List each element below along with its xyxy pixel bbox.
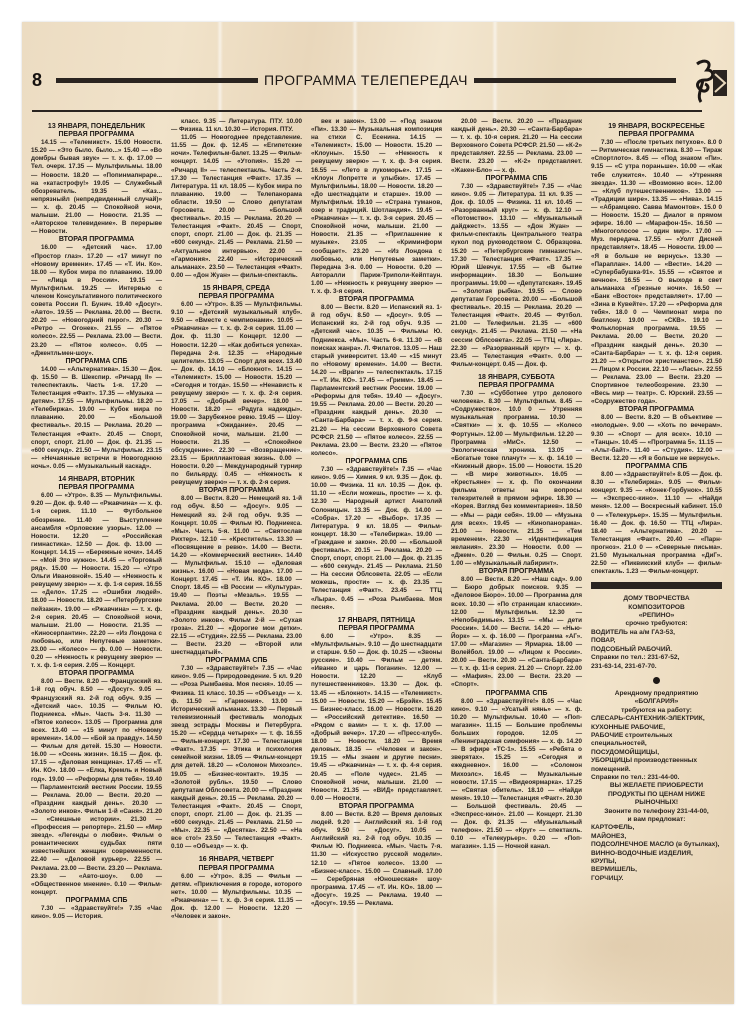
ad-line: «БОЛГАРИЯ» (591, 698, 722, 706)
schedule-text: 8.00 — Вести. 8.20 — Французский яз. 1-й… (31, 678, 162, 897)
ad-line: 231-63-14, 231-67-70. (591, 663, 722, 671)
advertisement-text: ВОДИТЕЛЬ на а/м ГАЗ-53,ПОВАР,ПОДСОБНЫЙ Р… (591, 629, 722, 671)
ad-line: Арендному предприятию (591, 690, 722, 698)
channel-heading: ПРОГРАММА СПБ (591, 463, 722, 471)
schedule-text: 7.30 — «Субботнее утро делового человека… (451, 390, 582, 568)
ad-line: срочно требуются: (591, 620, 722, 628)
ad-line: ПОДСОЛНЕЧНОЕ МАСЛО (в бутылках), (591, 841, 722, 849)
bullet-icon (653, 677, 660, 684)
paper-stain (442, 862, 734, 1002)
day-heading: 19 ЯНВАРЯ, ВОСКРЕСЕНЬЕ (591, 123, 722, 131)
ad-line: СЛЕСАРЬ-САНТЕХНИК-ЭЛЕКТРИК, (591, 715, 722, 723)
channel-heading: ПЕРВАЯ ПРОГРАММА (171, 865, 302, 873)
ad-line: требуются на работу: (591, 707, 722, 715)
schedule-text: класс. 9.35 — Литература. ПТУ. 10.00 — Ф… (171, 118, 302, 134)
schedule-text: 8.00 — Вести. 8.20 — «Наш сад». 9.00 — Б… (451, 576, 582, 689)
ad-divider (591, 582, 722, 589)
column-2: класс. 9.35 — Литература. ПТУ. 10.00 — Ф… (168, 118, 305, 998)
schedule-text: 8.00 — «Здравствуйте!» 8.05 — «Час кино»… (451, 698, 582, 852)
advertisement-text: СЛЕСАРЬ-САНТЕХНИК-ЭЛЕКТРИК,КУХОННЫЕ РАБО… (591, 715, 722, 782)
ad-line: ПОВАР, (591, 637, 722, 645)
schedule-text: 14.15 — «Телемикст». 15.00 Новости. 15.2… (31, 139, 162, 236)
advertisement-text: Арендному предприятию«БОЛГАРИЯ»требуются… (591, 690, 722, 715)
day-heading: 17 ЯНВАРЯ, ПЯТНИЦА (311, 617, 442, 625)
page-title: ПРОГРАММА ТЕЛЕПЕРЕДАЧ (264, 72, 468, 88)
column-1: 13 ЯНВАРЯ, ПОНЕДЕЛЬНИКПЕРВАЯ ПРОГРАММА14… (28, 118, 165, 998)
page-number: 8 (32, 70, 50, 91)
schedule-text: 6.00 — «Утро». 8.35 — «Мультфильмы». 9.1… (311, 633, 442, 803)
channel-heading: ПРОГРАММА СПБ (451, 690, 582, 698)
schedule-text: 11.05 — Новогоднее представление. 11.55 … (171, 134, 302, 280)
ad-line: Справки по тел.: 231-44-00. (591, 774, 722, 782)
channel-heading: ВТОРАЯ ПРОГРАММА (311, 803, 442, 811)
newspaper-logo-icon (687, 56, 729, 104)
schedule-text: 8.00 — Вести. 8.20 — Испанский яз. 1-й г… (311, 304, 442, 458)
day-heading: 16 ЯНВАРЯ, ЧЕТВЕРГ (171, 856, 302, 864)
advertisement-text: ВЫ ЖЕЛАЕТЕ ПРИОБРЕСТИПРОДУКТЫ ПО ЦЕНАМ Н… (591, 782, 722, 824)
ad-line: ПОДСОБНЫЙ РАБОЧИЙ. (591, 646, 722, 654)
ad-line: ДОМУ ТВОРЧЕСТВА (591, 595, 722, 603)
ad-line: МАЙОНЕЗ, (591, 833, 722, 841)
ad-line: КУХОННЫЕ РАБОЧИЕ, (591, 724, 722, 732)
ad-line: ПРОДУКТЫ ПО ЦЕНАМ НИЖЕ (591, 791, 722, 799)
day-heading: 14 ЯНВАРЯ, ВТОРНИК (31, 476, 162, 484)
ad-line: Звоните по телефону 231-44-00, (591, 808, 722, 816)
ad-line: ВИННО-ВОДОЧНЫЕ ИЗДЕЛИЯ, (591, 850, 722, 858)
schedule-text: 6.00 — «Утро». 8.35 — Мультфильмы. 9.20 … (31, 492, 162, 670)
schedule-text: 7.30 — «Здравствуйте!» 7.35 — «Час кино»… (451, 183, 582, 369)
schedule-text: 16.00 — «Детский час». 17.00 «Простор гл… (31, 244, 162, 357)
schedule-text: 8.00 — «Здравствуйте!» 8.05 — Док. ф. 8.… (591, 471, 722, 576)
channel-heading: ВТОРАЯ ПРОГРАММА (451, 568, 582, 576)
channel-heading: ПРОГРАММА СПБ (451, 175, 582, 183)
day-heading: 18 ЯНВАРЯ, СУББОТА (451, 374, 582, 382)
channel-heading: ПЕРВАЯ ПРОГРАММА (591, 131, 722, 139)
schedule-text: век и закон». 13.00 — «Под знаком «Пи». … (311, 118, 442, 296)
header-rule-left (56, 78, 258, 83)
newspaper-page: 8 ПРОГРАММА ТЕЛЕПЕРЕДАЧ 13 ЯНВАРЯ, ПОНЕД… (22, 22, 734, 1004)
channel-heading: ПЕРВАЯ ПРОГРАММА (171, 293, 302, 301)
ad-line: КОМПОЗИТОРОВ (591, 604, 722, 612)
schedule-text: 7.30 — «Здравствуйте!» 7.35 — «Час кино»… (171, 665, 302, 851)
schedule-text: 7.30 — «Здравствуйте!» 7.35 — «Час кино»… (311, 466, 442, 612)
advertisement-text: ДОМУ ТВОРЧЕСТВАКОМПОЗИТОРОВ«РЕПИНО»срочн… (591, 595, 722, 629)
channel-heading: ПЕРВАЯ ПРОГРАММА (31, 131, 162, 139)
channel-heading: ПЕРВАЯ ПРОГРАММА (311, 625, 442, 633)
channel-heading: ПЕРВАЯ ПРОГРАММА (451, 382, 582, 390)
ad-line: РАБОЧИЕ строительных специальностей, (591, 732, 722, 749)
ad-line: Справки по тел.: 231-67-52, (591, 654, 722, 662)
schedule-text: 6.00 — «Утро». 8.35 — Фильм — детям. «Пр… (171, 873, 302, 922)
schedule-text: 8.00 — Вести. 8.20 — Время деловых людей… (311, 811, 442, 908)
ad-line: КАРТОФЕЛЬ, (591, 824, 722, 832)
header-divider (32, 110, 702, 112)
schedule-text: 14.00 — «Альтернатива». 15.30 — Док. ф. … (31, 366, 162, 471)
ad-line: ВОДИТЕЛЬ на а/м ГАЗ-53, (591, 629, 722, 637)
schedule-text: 6.00 — «Утро». 8.35 — Мультфильмы. 9.10 … (171, 301, 302, 487)
schedule-text: 7.30 — «После третьих петухов». 8.0 0 — … (591, 139, 722, 406)
schedule-text: 8.00 — Вести. 8.20 — Немецкий яз. 1-й го… (171, 495, 302, 657)
schedule-text: 7.30 — «Здравствуйте!» 7.35 «Час кино». … (31, 905, 162, 921)
ad-line: РЫНОЧНЫХ! (591, 799, 722, 807)
page-header: 8 ПРОГРАММА ТЕЛЕПЕРЕДАЧ (32, 68, 682, 92)
channel-heading: ПРОГРАММА СПБ (31, 358, 162, 366)
schedule-text: 8.00 — Вести. 8.20 — В объективе — «моло… (591, 414, 722, 463)
column-3: век и закон». 13.00 — «Под знаком «Пи». … (308, 118, 445, 998)
ad-line: ПОСУДОМОЙЩИЦЫ, (591, 749, 722, 757)
channel-heading: ПРОГРАММА СПБ (311, 458, 442, 466)
channel-heading: ВТОРАЯ ПРОГРАММА (311, 296, 442, 304)
ad-line: и вам предложат: (591, 816, 722, 824)
channel-heading: ПЕРВАЯ ПРОГРАММА (31, 484, 162, 492)
header-rule-right (474, 78, 676, 83)
day-heading: 15 ЯНВАРЯ, СРЕДА (171, 285, 302, 293)
schedule-text: 20.00 — Вести. 20.20 — «Праздник каждый … (451, 118, 582, 175)
ad-line: ВЫ ЖЕЛАЕТЕ ПРИОБРЕСТИ (591, 782, 722, 790)
ad-line: УБОРЩИЦЫ производственных помещений. (591, 757, 722, 774)
channel-heading: ПРОГРАММА СПБ (31, 897, 162, 905)
day-heading: 13 ЯНВАРЯ, ПОНЕДЕЛЬНИК (31, 123, 162, 131)
